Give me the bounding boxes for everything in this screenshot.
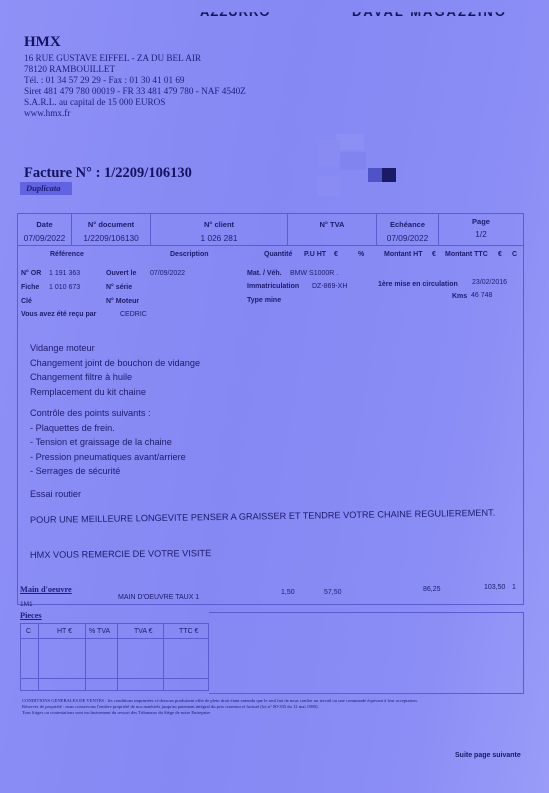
- table-divider: [21, 678, 208, 679]
- tva-col-tva: TVA €: [134, 628, 153, 635]
- work-tasks: Vidange moteur Changement joint de bouch…: [30, 341, 200, 399]
- labour-unit-price: 57,50: [324, 589, 342, 596]
- fiche-label: Fiche: [21, 284, 39, 291]
- continued-notice: Suite page suivante: [455, 752, 521, 759]
- work-task: Changement joint de bouchon de vidange: [30, 356, 200, 371]
- table-divider: [21, 638, 208, 639]
- mise-value: 23/02/2016: [472, 279, 507, 286]
- header-value: 1/2: [439, 229, 523, 239]
- company-address-line2: 78120 RAMBOUILLET: [24, 64, 246, 75]
- tva-col-c: C: [26, 628, 31, 635]
- company-siret: Siret 481 479 780 00019 - FR 33 481 479 …: [24, 86, 246, 97]
- invoice-title: Facture N° : 1/2209/106130: [24, 165, 192, 182]
- header-value: 07/09/2022: [377, 233, 438, 243]
- col-montant-ttc: Montant TTC: [445, 251, 488, 258]
- header-label: N° document: [72, 220, 150, 229]
- column-headers: Référence Description Quantité P.U HT € …: [18, 248, 523, 259]
- mat-value: BMW S1000R .: [290, 270, 338, 277]
- control-item: - Serrages de sécurité: [30, 464, 186, 479]
- col-euro: €: [432, 251, 436, 258]
- company-header: HMX 16 RUE GUSTAVE EIFFEL - ZA DU BEL AI…: [24, 34, 246, 119]
- or-value: 1 191 363: [49, 270, 80, 277]
- moteur-label: N° Moteur: [106, 298, 139, 305]
- control-item: - Pression pneumatiques avant/arriere: [30, 450, 186, 465]
- mise-label: 1ère mise en circulation: [378, 281, 458, 288]
- table-divider: [38, 624, 39, 690]
- col-pct: %: [358, 251, 364, 258]
- controls-title: Contrôle des points suivants :: [30, 406, 186, 421]
- col-quantite: Quantité: [264, 251, 292, 258]
- immat-value: DZ-869-XH: [312, 283, 347, 290]
- labour-c: 1: [512, 584, 516, 591]
- header-value: 1 026 281: [151, 233, 287, 243]
- control-item: - Plaquettes de frein.: [30, 421, 186, 436]
- work-task: Vidange moteur: [30, 341, 200, 356]
- redacted-area: [336, 134, 364, 150]
- header-cell-document: N° document 1/2209/106130: [72, 214, 151, 245]
- redacted-area: [382, 168, 396, 182]
- header-cell-echeance: Echéance 07/09/2022: [377, 214, 439, 245]
- table-divider: [85, 624, 86, 690]
- company-website[interactable]: www.hmx.fr: [24, 108, 246, 119]
- labour-amount-ht: 86,25: [423, 586, 441, 593]
- ouvert-value: 07/09/2022: [150, 270, 185, 277]
- recu-value: CEDRIC: [120, 311, 147, 318]
- header-label: Date: [18, 220, 71, 229]
- typemine-label: Type mine: [247, 297, 281, 304]
- fiche-value: 1 010 673: [49, 284, 80, 291]
- kms-value: 46 748: [471, 292, 492, 299]
- kms-label: Kms: [452, 293, 467, 300]
- or-label: N° OR: [21, 270, 41, 277]
- header-value: 07/09/2022: [18, 233, 71, 243]
- duplicata-badge: Duplicata: [20, 182, 72, 195]
- top-strip-right-text: DAVAL MAGAZZINO: [352, 4, 507, 19]
- header-cell-client: N° client 1 026 281: [151, 214, 288, 245]
- table-divider: [117, 624, 118, 690]
- header-cell-page: Page 1/2: [439, 214, 523, 245]
- mat-label: Mat. / Véh.: [247, 270, 282, 277]
- col-euro: €: [334, 251, 338, 258]
- top-strip-left-text: AZZURRO: [200, 4, 271, 19]
- col-description: Description: [170, 251, 209, 258]
- cle-label: Clé: [21, 298, 32, 305]
- col-reference: Référence: [50, 251, 84, 258]
- col-montant-ht: Montant HT: [384, 251, 423, 258]
- company-capital: S.A.R.L. au capital de 15 000 EUROS: [24, 97, 246, 108]
- header-value: 1/2209/106130: [72, 233, 150, 243]
- tva-col-pct: % TVA: [89, 628, 110, 635]
- col-euro: €: [498, 251, 502, 258]
- labour-amount-ttc: 103,50: [484, 584, 505, 591]
- ouvert-label: Ouvert le: [106, 270, 136, 277]
- labour-code: 1M1: [20, 601, 33, 608]
- parts-section-label: Pieces: [20, 611, 42, 620]
- totals-box: [209, 612, 524, 694]
- thanks-notice: HMX VOUS REMERCIE DE VOTRE VISITE: [30, 548, 211, 560]
- work-task: Remplacement du kit chaine: [30, 385, 200, 400]
- company-phone-fax: Tél. : 01 34 57 29 29 - Fax : 01 30 41 0…: [24, 75, 246, 86]
- table-divider: [163, 624, 164, 690]
- labour-description: MAIN D'OEUVRE TAUX 1: [118, 594, 199, 601]
- cgv-line: CONDITIONS GENERALES DE VENTES : les con…: [22, 698, 418, 703]
- redacted-area: [318, 176, 340, 196]
- redacted-area: [368, 168, 382, 182]
- tva-col-ht: HT €: [57, 628, 72, 635]
- col-c: C: [512, 251, 517, 258]
- cgv-line: Réserves de propriété : nous conservons …: [22, 704, 319, 709]
- cgv-line: Tous litiges ou contestations sont exclu…: [22, 710, 210, 715]
- road-test: Essai routier: [30, 487, 81, 502]
- tva-summary-table: C HT € % TVA TVA € TTC €: [20, 623, 209, 691]
- labour-quantity: 1,50: [281, 589, 295, 596]
- header-table: Date 07/09/2022 N° document 1/2209/10613…: [18, 214, 523, 246]
- header-cell-date: Date 07/09/2022: [18, 214, 72, 245]
- immat-label: Immatriculation: [247, 283, 299, 290]
- header-label: Page: [439, 217, 523, 226]
- header-label: N° client: [151, 220, 287, 229]
- header-label: Echéance: [377, 220, 438, 229]
- company-address-line1: 16 RUE GUSTAVE EIFFEL - ZA DU BEL AIR: [24, 53, 246, 64]
- header-cell-tva: N° TVA: [288, 214, 377, 245]
- recu-label: Vous avez été reçu par: [21, 311, 96, 318]
- work-task: Changement filtre à huile: [30, 370, 200, 385]
- redacted-area: [340, 152, 366, 170]
- tva-col-ttc: TTC €: [179, 628, 198, 635]
- control-item: - Tension et graissage de la chaine: [30, 435, 186, 450]
- labour-section-label: Main d'oeuvre: [20, 585, 72, 594]
- serie-label: N° série: [106, 284, 132, 291]
- redacted-area: [318, 140, 340, 166]
- company-name: HMX: [24, 34, 246, 51]
- col-pu-ht: P.U HT: [304, 251, 326, 258]
- control-points: Contrôle des points suivants : - Plaquet…: [30, 406, 186, 479]
- header-label: N° TVA: [288, 220, 376, 229]
